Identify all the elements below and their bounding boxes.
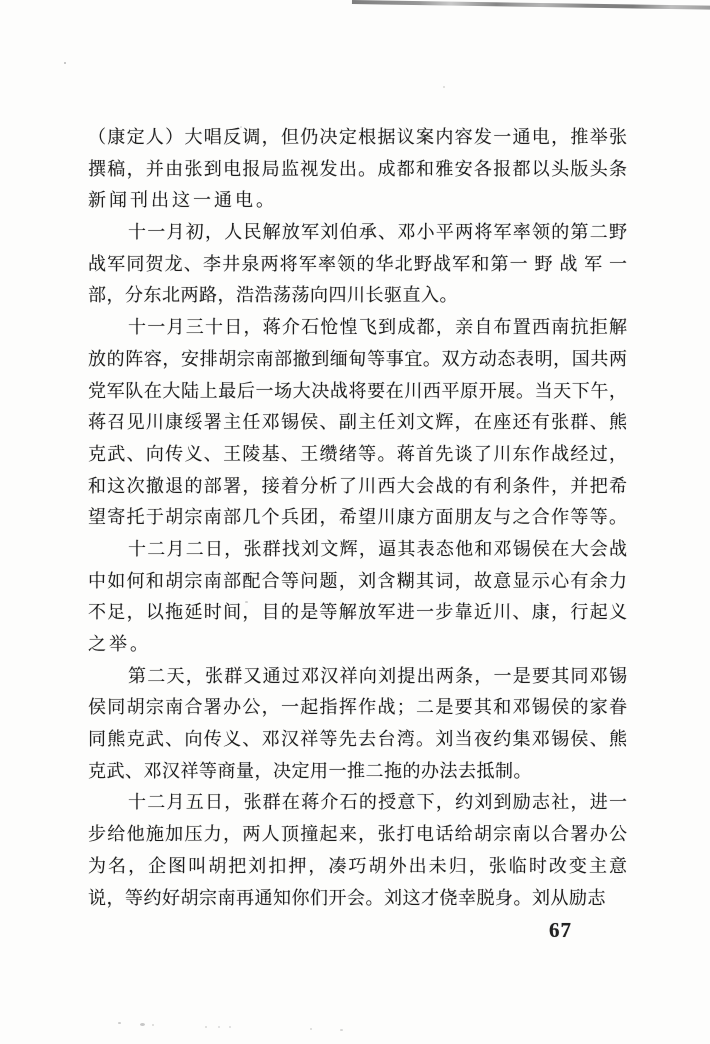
text-line: 部，分东北两路，浩浩荡荡向四川长驱直入。 — [88, 280, 627, 312]
scan-edge-artifact — [352, 0, 710, 9]
text-line: （康定人）大唱反调，但仍决定根据议案内容发一通电，推举张 — [88, 122, 627, 154]
text-line: 克武、邓汉祥等商量，决定用一推二拖的办法去抵制。 — [88, 756, 627, 788]
scan-speckle — [229, 1026, 231, 1028]
text-line: 克武、向传义、王陵基、王缵绪等。蒋首先谈了川东作战经过， — [88, 439, 627, 471]
text-line: 十一月初，人民解放军刘伯承、邓小平两将军率领的第二野 — [88, 217, 627, 249]
scan-speckle — [245, 601, 248, 603]
text-line: 之举。 — [88, 629, 627, 661]
scan-speckle — [443, 86, 445, 88]
text-line: 十二月二日，张群找刘文辉，逼其表态他和邓锡侯在大会战 — [88, 534, 627, 566]
text-line: 说，等约好胡宗南再通知你们开会。刘这才侥幸脱身。刘从励志 — [88, 883, 627, 915]
text-line: 不足，以拖延时间，目的是等解放军进一步靠近川、康，行起义 — [88, 597, 627, 629]
scan-speckle — [340, 1029, 343, 1031]
text-line: 和这次撤退的部署，接着分析了川西大会战的有利条件，并把希 — [88, 471, 627, 503]
scan-speckle — [310, 1028, 312, 1030]
text-line: 步给他施加压力，两人顶撞起来，张打电话给胡宗南以合署办公 — [88, 819, 627, 851]
text-line: 十二月五日，张群在蒋介石的授意下，约刘到励志社，进一 — [88, 787, 627, 819]
text-line: 新闻刊出这一通电。 — [88, 185, 627, 217]
scan-speckle — [240, 126, 242, 128]
text-line: 同熊克武、向传义、邓汉祥等先去台湾。刘当夜约集邓锡侯、熊 — [88, 724, 627, 756]
scan-speckle — [152, 1024, 154, 1026]
text-line: 党军队在大陆上最后一场大决战将要在川西平原开展。当天下午， — [88, 376, 627, 408]
body-text: （康定人）大唱反调，但仍决定根据议案内容发一通电，推举张 撰稿，并由张到电报局监… — [88, 122, 627, 914]
scan-speckle — [205, 1026, 207, 1028]
scan-speckle — [218, 1026, 220, 1028]
scan-speckle — [118, 1022, 121, 1024]
text-line: 中如何和胡宗南部配合等问题，刘含糊其词，故意显示心有余力 — [88, 566, 627, 598]
text-line: 战军同贺龙、李井泉两将军率领的华北野战军和第一 野 战 军 一 — [88, 249, 627, 281]
page-number: 67 — [549, 918, 572, 943]
text-line: 侯同胡宗南合署办公，一起指挥作战；二是要其和邓锡侯的家眷 — [88, 692, 627, 724]
scanned-page: （康定人）大唱反调，但仍决定根据议案内容发一通电，推举张 撰稿，并由张到电报局监… — [0, 0, 710, 1044]
scan-speckle — [140, 1023, 145, 1026]
text-line: 为名，企图叫胡把刘扣押，凑巧胡外出未归，张临时改变主意 — [88, 851, 627, 883]
text-line: 蒋召见川康绥署主任邓锡侯、副主任刘文辉，在座还有张群、熊 — [88, 407, 627, 439]
text-line: 十一月三十日，蒋介石怆惶飞到成都，亲自布置西南抗拒解 — [88, 312, 627, 344]
text-line: 第二天，张群又通过邓汉祥向刘提出两条，一是要其同邓锡 — [88, 661, 627, 693]
text-line: 撰稿，并由张到电报局监视发出。成都和雅安各报都以头版头条 — [88, 154, 627, 186]
scan-speckle — [64, 62, 66, 64]
text-line: 望寄托于胡宗南部几个兵团，希望川康方面朋友与之合作等等。 — [88, 502, 627, 534]
text-line: 放的阵容，安排胡宗南部撤到缅甸等事宜。双方动态表明，国共两 — [88, 344, 627, 376]
